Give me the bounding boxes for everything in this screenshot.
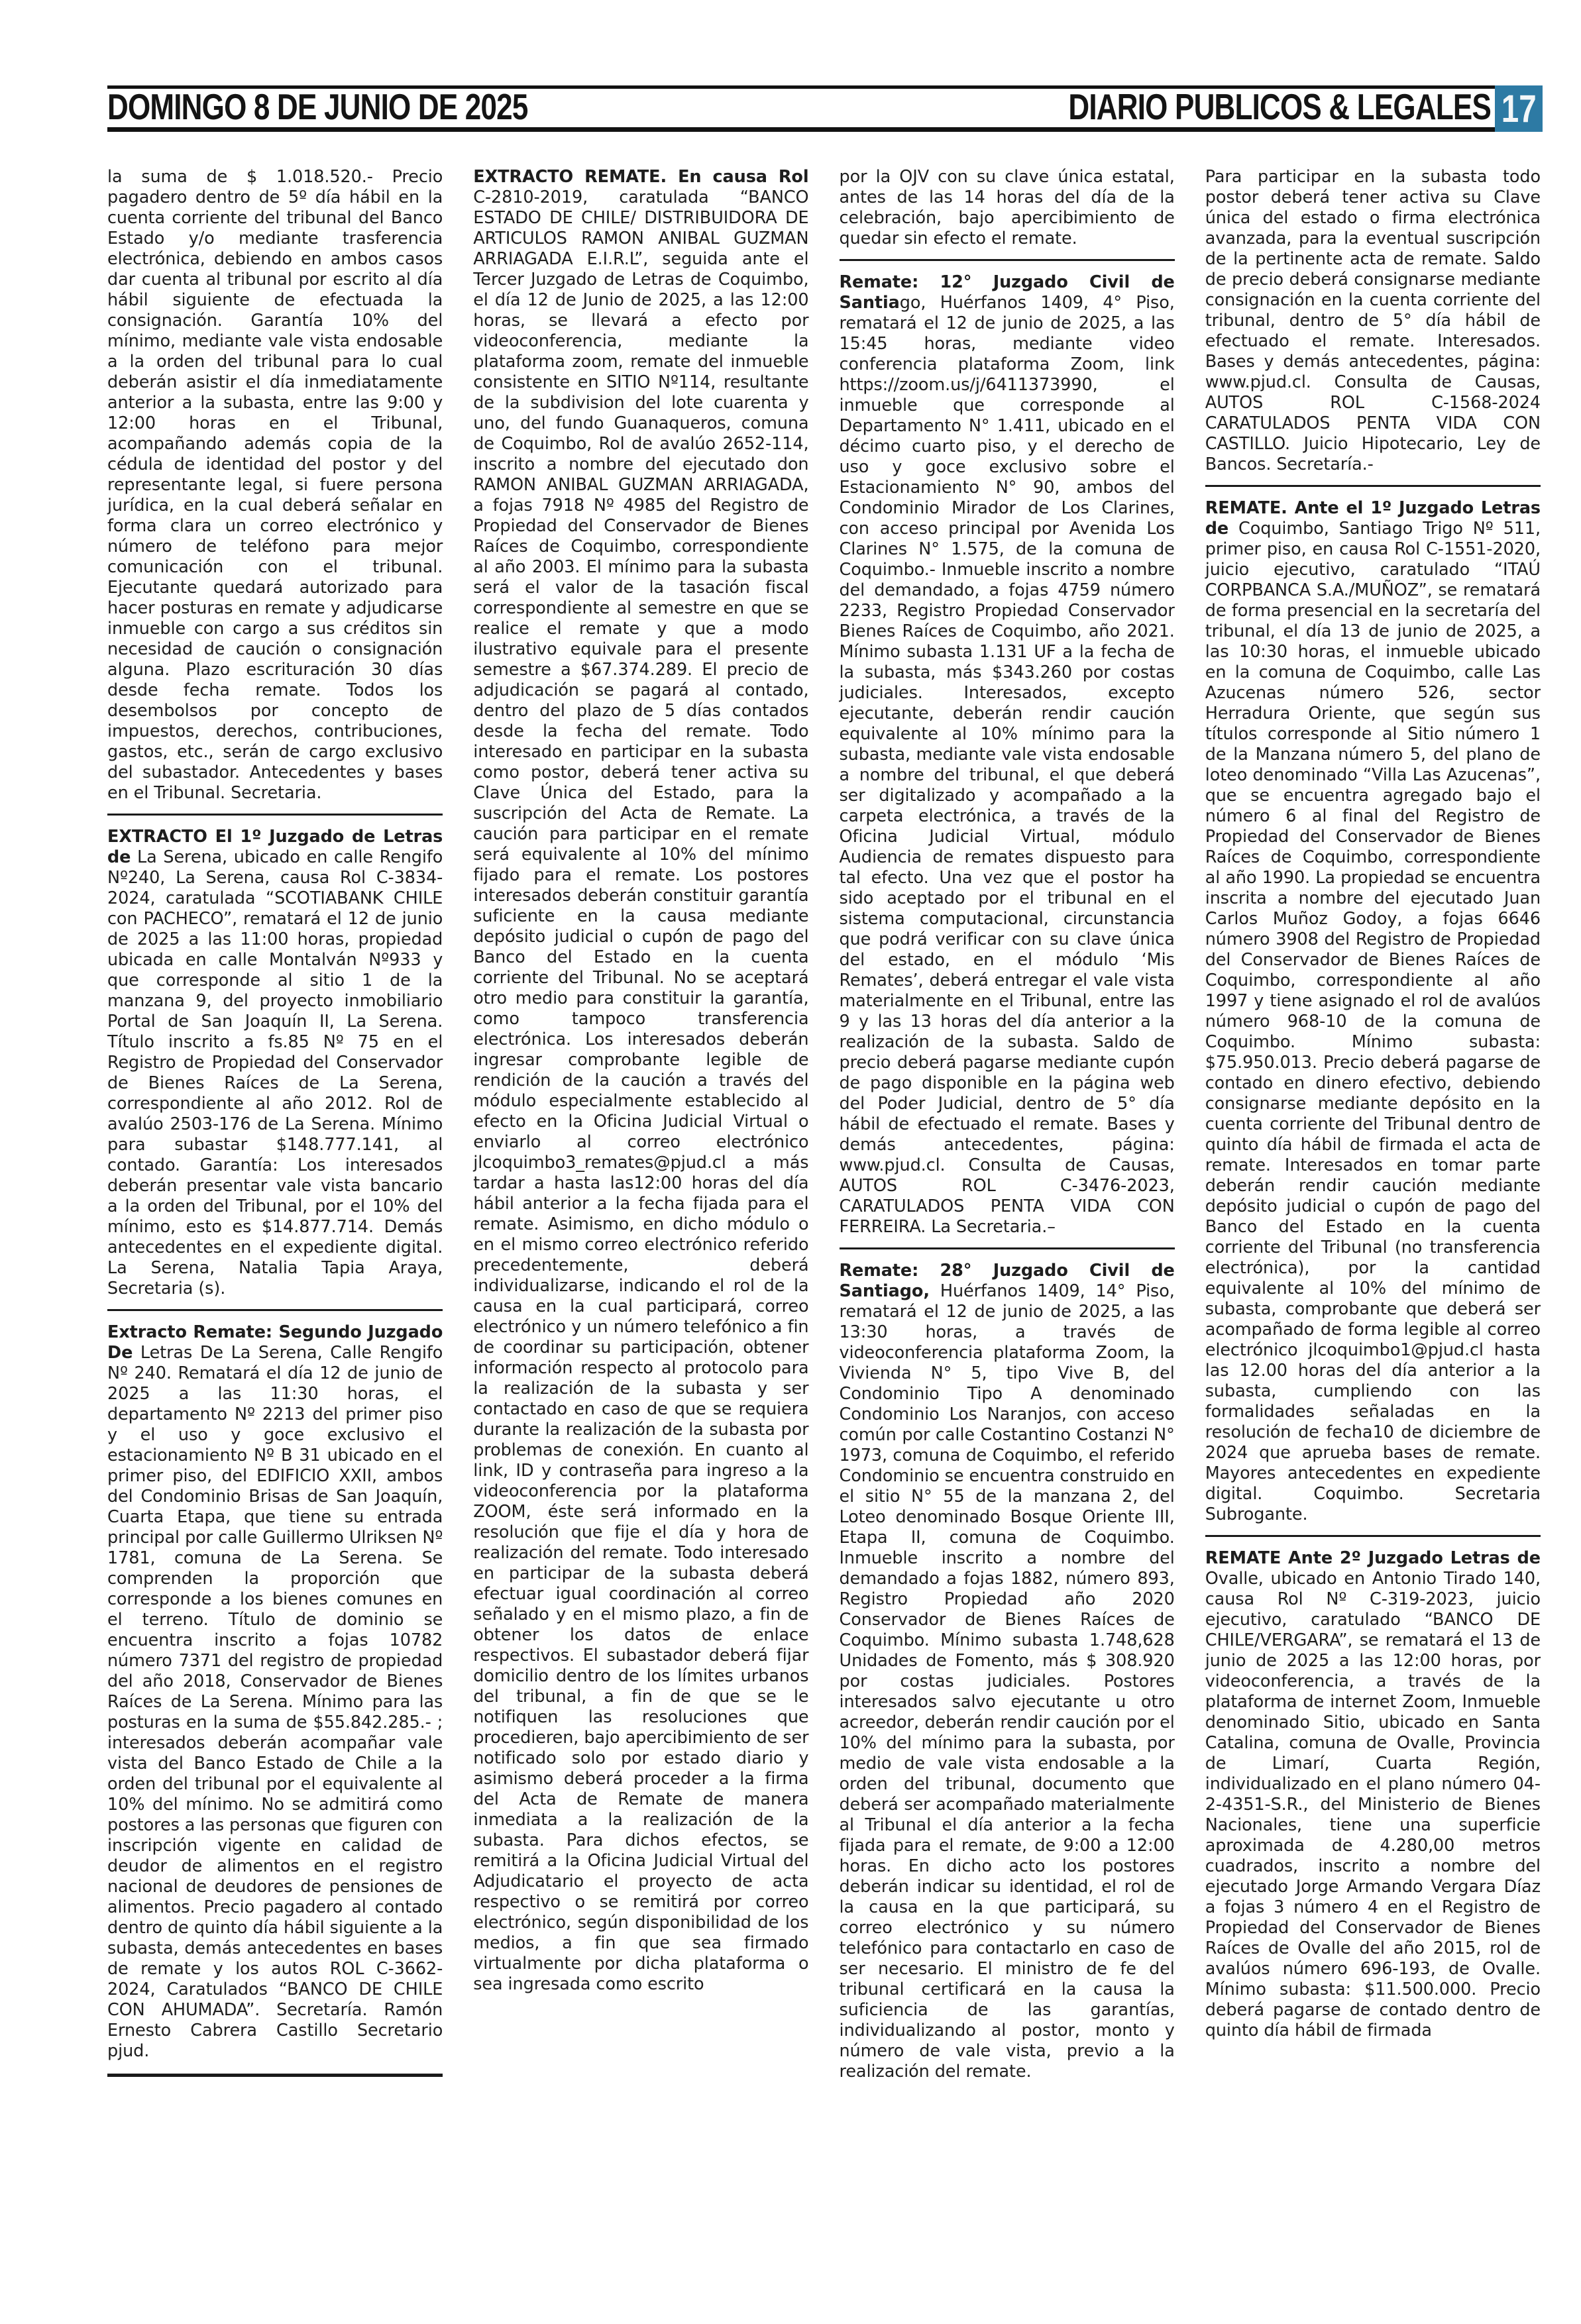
notice-banco-chile-vergara: REMATE Ante 2º Juzgado Letras de Ovalle,… (1205, 1548, 1541, 2041)
notice-separator-rule (107, 814, 443, 816)
notice-text: go, Huérfanos 1409, 4° Piso, rematará el… (840, 293, 1175, 1237)
notice-text: la suma de $ 1.018.520.- Precio pagadero… (107, 167, 443, 803)
column-2: EXTRACTO REMATE. En causa Rol C-2810-201… (473, 167, 808, 2082)
notices-body: la suma de $ 1.018.520.- Precio pagadero… (107, 167, 1541, 2082)
notice-text: La Serena, ubicado en calle Rengifo Nº24… (107, 847, 443, 1298)
header-bottom-rule (107, 127, 1543, 132)
column-4: Para participar en la subasta todo posto… (1205, 167, 1541, 2082)
paper-title: DIARIO PUBLICOS & LEGALES (1068, 86, 1491, 127)
newspaper-page: DOMINGO 8 DE JUNIO DE 2025 DIARIO PUBLIC… (0, 0, 1581, 2324)
page-number: 17 (1501, 87, 1537, 131)
notice-continuation-col3: Para participar en la subasta todo posto… (1205, 167, 1541, 475)
notice-penta-vida-ferreira: Remate: 12° Juzgado Civil de Santiago, H… (840, 272, 1175, 1238)
page-number-badge: 17 (1495, 85, 1543, 132)
notice-continuation-prev-page: la suma de $ 1.018.520.- Precio pagadero… (107, 167, 443, 804)
notice-continuation-col2: por la OJV con su clave única estatal, a… (840, 167, 1175, 249)
notice-itau-corpbanca-munoz: REMATE. Ante el 1º Juzgado Letras de Coq… (1205, 498, 1541, 1525)
notice-text: Huérfanos 1409, 14° Piso, rematará el 12… (840, 1281, 1175, 2082)
notice-scotiabank-pacheco: EXTRACTO El 1º Juzgado de Letras de La S… (107, 827, 443, 1299)
notice-text: Letras De La Serena, Calle Rengifo Nº 24… (107, 1343, 443, 2061)
column-1: la suma de $ 1.018.520.- Precio pagadero… (107, 167, 443, 2082)
notice-separator-rule (840, 1247, 1175, 1249)
edition-date: DOMINGO 8 DE JUNIO DE 2025 (107, 86, 528, 127)
notice-banco-estado-guzman: EXTRACTO REMATE. En causa Rol C-2810-201… (473, 167, 808, 1995)
notice-separator-rule (1205, 485, 1541, 487)
column-3: por la OJV con su clave única estatal, a… (840, 167, 1175, 2082)
notice-lead: REMATE Ante 2º Juzgado Letras de (1205, 1548, 1541, 1568)
notice-text: Coquimbo, Santiago Trigo Nº 511, primer … (1205, 519, 1541, 1524)
notice-lead: EXTRACTO REMATE. En causa Rol (473, 167, 808, 187)
notice-separator-rule (107, 1309, 443, 1311)
notice-text: C-2810-2019, caratulada “BANCO ESTADO DE… (473, 187, 808, 1994)
notice-separator-rule (1205, 1535, 1541, 1537)
notice-banco-chile-ahumada: Extracto Remate: Segundo Juzgado De Letr… (107, 1322, 443, 2062)
column-end-rule (107, 2074, 443, 2077)
notice-text: Para participar en la subasta todo posto… (1205, 167, 1541, 474)
notice-text: Ovalle, ubicado en Antonio Tirado 140, c… (1205, 1569, 1541, 2040)
notice-text: por la OJV con su clave única estatal, a… (840, 167, 1175, 248)
notice-28-juzgado-civil: Remate: 28° Juzgado Civil de Santiago, H… (840, 1261, 1175, 2082)
notice-separator-rule (840, 259, 1175, 261)
